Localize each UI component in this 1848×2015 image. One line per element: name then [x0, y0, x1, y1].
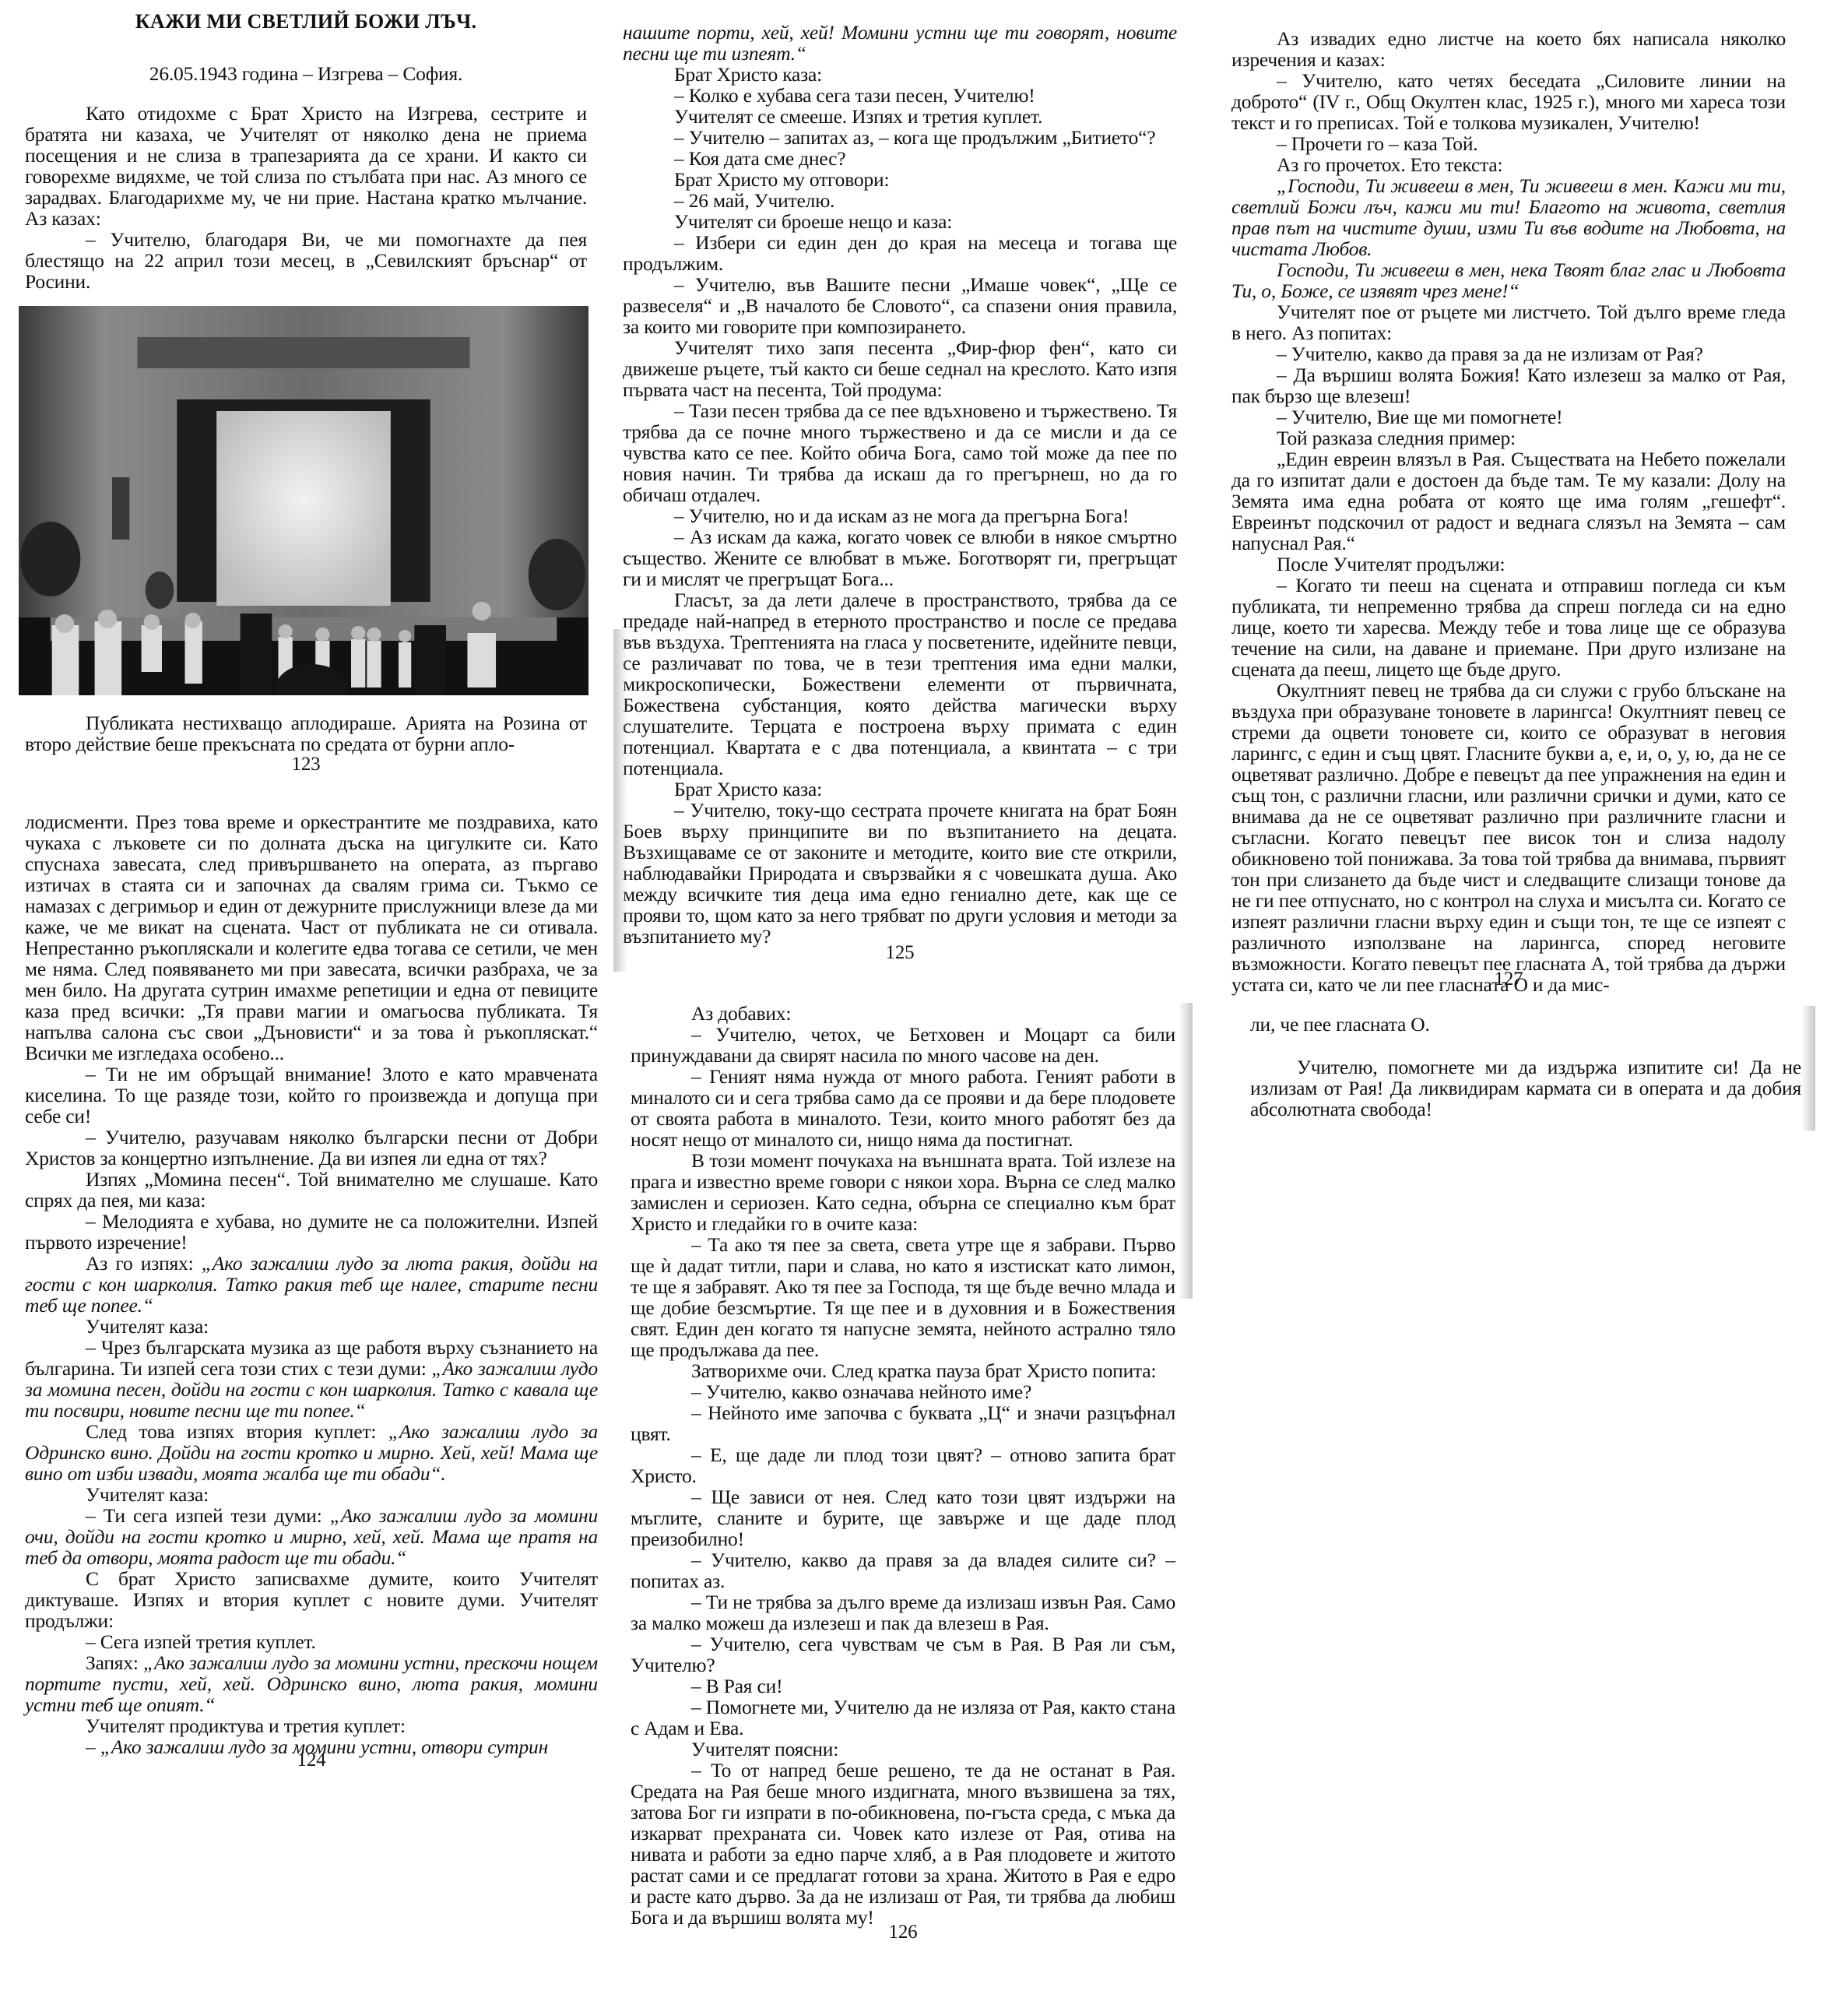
paragraph: – 26 май, Учителю.	[623, 190, 1177, 211]
page-number: 125	[623, 942, 1177, 963]
paragraph: Окултният певец не трябва да си служи с …	[1231, 680, 1786, 995]
paragraph: Учителят каза:	[25, 1484, 598, 1505]
page-123: КАЖИ МИ СВЕТЛИЙ БОЖИ ЛЪЧ. 26.05.1943 год…	[25, 0, 587, 786]
paragraph: „Един евреин влязъл в Рая. Съществата на…	[1231, 448, 1786, 554]
paragraph: – То от напред беше решено, те да не ост…	[631, 1760, 1175, 1928]
paragraph: Учителят каза:	[25, 1316, 598, 1337]
paragraph: – Та ако тя пее за света, света утре ще …	[631, 1234, 1175, 1360]
paragraph: Гласът, за да лети далече в пространство…	[623, 589, 1177, 779]
paragraph: Учителят се смееше. Изпях и третия купле…	[623, 106, 1177, 127]
paragraph: – Помогнете ми, Учителю да не изляза от …	[631, 1697, 1175, 1739]
paragraph: Затворихме очи. След кратка пауза брат Х…	[631, 1360, 1175, 1381]
paragraph: – Учителю, сега чувствам че съм в Рая. В…	[631, 1633, 1175, 1676]
paragraph: После Учителят продължи:	[1231, 554, 1786, 575]
paragraph: Аз го прочетох. Ето текста:	[1231, 154, 1786, 175]
paragraph: – Учителю, четох, че Бетховен и Моцарт с…	[631, 1024, 1175, 1066]
paragraph: – Мелодията е хубава, но думите не са по…	[25, 1211, 598, 1253]
paragraph: Запях: „Ако зажалиш лудо за момини устни…	[25, 1652, 598, 1715]
paragraph: Господи, Ти живееш в мен, нека Твоят бла…	[1231, 259, 1786, 301]
paragraph: – Аз искам да кажа, когато човек се влюб…	[623, 526, 1177, 589]
paragraph: Като отидохме с Брат Христо на Изгрева, …	[25, 103, 587, 229]
paragraph: – Избери си един ден до края на месеца и…	[623, 232, 1177, 274]
song-verse: нашите порти, хей, хей! Момини устни ще …	[623, 21, 1177, 65]
paragraph: – Учителю, какво да правя за да владея с…	[631, 1549, 1175, 1591]
paragraph: – Тази песен трябва да се пее вдъхновено…	[623, 400, 1177, 505]
paragraph: – Учителю, какво да правя за да не излиз…	[1231, 343, 1786, 364]
paragraph: – Прочети го – каза Той.	[1231, 133, 1786, 154]
paragraph: С брат Христо записвахме думите, които У…	[25, 1568, 598, 1631]
paragraph: – Колко е хубава сега тази песен, Учител…	[623, 85, 1177, 106]
paragraph: – Учителю – запитах аз, – кога ще продъл…	[623, 127, 1177, 148]
paragraph: – Учителю, Вие ще ми помогнете!	[1231, 406, 1786, 427]
page-124: лодисменти. През това време и оркестрант…	[25, 811, 598, 2015]
paragraph: – Е, ще даде ли плод този цвят? – отново…	[631, 1444, 1175, 1486]
paragraph: – Ще зависи от нея. След като този цвят …	[631, 1486, 1175, 1549]
page-number: 127	[1231, 969, 1786, 990]
opera-stage-photo	[19, 306, 588, 695]
paragraph: лодисменти. През това време и оркестрант…	[25, 811, 598, 1064]
paragraph: – Чрез българската музика аз ще работя в…	[25, 1337, 598, 1421]
quoted-passage: „Господи, Ти живееш в мен, Ти живееш в м…	[1231, 174, 1786, 260]
paragraph: – Когато ти пееш на сцената и отправиш п…	[1231, 575, 1786, 680]
page-number: 126	[631, 1922, 1175, 1943]
page-127: Аз извадих едно листче на което бях напи…	[1231, 28, 1786, 986]
paragraph: – Учителю, току-що сестрата прочете книг…	[623, 800, 1177, 947]
paragraph: – Учителю, разучавам няколко български п…	[25, 1127, 598, 1169]
paragraph: Аз извадих едно листче на което бях напи…	[1231, 28, 1786, 70]
scan-shadow	[613, 629, 627, 972]
scan-shadow	[1801, 1006, 1815, 1131]
quoted-passage: Господи, Ти живееш в мен, нека Твоят бла…	[1231, 258, 1786, 302]
paragraph: Брат Христо каза:	[623, 64, 1177, 85]
paragraph: Публиката нестихващо аплодираше. Арията …	[25, 712, 587, 754]
paragraph: – Учителю, като четях беседата „Силовите…	[1231, 70, 1786, 133]
paragraph: – Коя дата сме днес?	[623, 148, 1177, 169]
page-number: 124	[25, 1749, 598, 1771]
paragraph: – Учителю, във Вашите песни „Имаше човек…	[623, 274, 1177, 337]
paragraph: – Да вършиш волята Божия! Като излезеш з…	[1231, 364, 1786, 406]
dateline: 26.05.1943 година – Изгрева – София.	[25, 63, 587, 84]
paragraph: – Нейното име започва с буквата „Ц“ и зн…	[631, 1402, 1175, 1444]
paragraph: – Учителю, благодаря Ви, че ми помогнахт…	[25, 229, 587, 292]
paragraph: – В Рая си!	[631, 1676, 1175, 1697]
paragraph: „Господи, Ти живееш в мен, Ти живееш в м…	[1231, 175, 1786, 259]
page-126: Аз добавих: – Учителю, четох, че Бетхове…	[631, 1003, 1175, 2015]
paragraph: Учителят си броеше нещо и каза:	[623, 211, 1177, 232]
paragraph: нашите порти, хей, хей! Момини устни ще …	[623, 22, 1177, 64]
page-128-fragment: ли, че пее гласната О. Учителю, помогнет…	[1250, 1014, 1801, 1169]
paragraph: В този момент почукаха на външната врата…	[631, 1150, 1175, 1234]
paragraph: Учителят тихо запя песента „Фир-фюр фен“…	[623, 337, 1177, 400]
paragraph: Изпях „Момина песен“. Той внимателно ме …	[25, 1169, 598, 1211]
paragraph: След това изпях втория куплет: „Ако зажа…	[25, 1421, 598, 1484]
page-125: нашите порти, хей, хей! Момини устни ще …	[623, 22, 1177, 972]
paragraph: Аз добавих:	[631, 1003, 1175, 1024]
page-number: 123	[25, 754, 587, 775]
paragraph: Аз го изпях: „Ако зажалиш лудо за люта р…	[25, 1253, 598, 1316]
paragraph: Той разказа следния пример:	[1231, 427, 1786, 448]
paragraph: Учителю, помогнете ми да издържа изпитит…	[1250, 1057, 1801, 1120]
paragraph: – Ти не трябва за дълго време да излизаш…	[631, 1591, 1175, 1633]
scan-shadow	[1179, 1003, 1193, 1299]
paragraph: – Сега изпей третия куплет.	[25, 1631, 598, 1652]
paragraph: – Учителю, но и да искам аз не мога да п…	[623, 505, 1177, 526]
chapter-title: КАЖИ МИ СВЕТЛИЙ БОЖИ ЛЪЧ.	[25, 11, 587, 32]
paragraph: ли, че пее гласната О.	[1250, 1014, 1801, 1035]
paragraph: – Геният няма нужда от много работа. Ген…	[631, 1066, 1175, 1150]
paragraph: – Ти не им обръщай внимание! Злото е кат…	[25, 1064, 598, 1127]
paragraph: – Учителю, какво означава нейното име?	[631, 1381, 1175, 1402]
paragraph: – Ти сега изпей тези думи: „Ако зажалиш …	[25, 1505, 598, 1568]
stage-photo-image	[19, 306, 588, 695]
paragraph: Учителят поясни:	[631, 1739, 1175, 1760]
paragraph: Учителят пое от ръцете ми листчето. Той …	[1231, 301, 1786, 343]
paragraph: Брат Христо му отговори:	[623, 169, 1177, 190]
paragraph: Учителят продиктува и третия куплет:	[25, 1715, 598, 1736]
paragraph: Брат Христо каза:	[623, 779, 1177, 800]
